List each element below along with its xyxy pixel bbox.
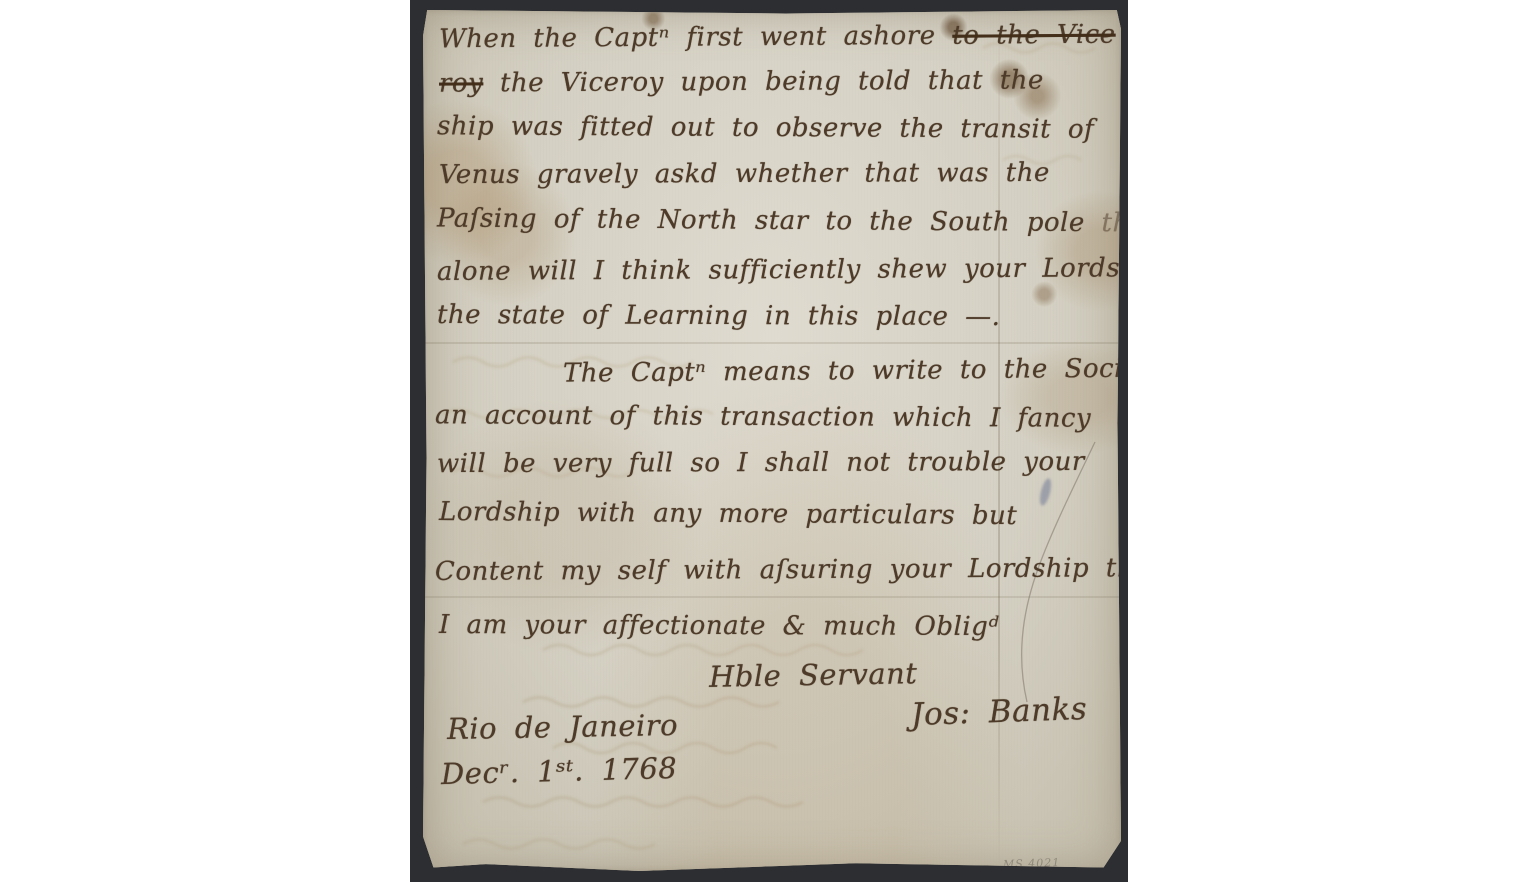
letter-line: alone will I think sufficiently shew you… xyxy=(437,253,1163,287)
line-text: ship was fitted out to observe the trans… xyxy=(437,111,1094,144)
line-text: Lordship with any more particulars but xyxy=(439,497,1017,531)
date-line: Decʳ. 1ˢᵗ. 1768 xyxy=(441,751,678,791)
line-text: Content my self with aſsuring your Lords… xyxy=(435,553,1161,587)
letter-line: will be very full so I shall not trouble… xyxy=(437,447,1085,479)
line-text: an account of this transaction which I f… xyxy=(435,400,1091,433)
line-text: Venus gravely askd whether that was the xyxy=(439,158,1050,190)
struck-text: roy xyxy=(439,68,483,98)
line-text: alone will I think sufficiently shew you… xyxy=(437,253,1163,287)
letter-page: When the Captⁿ first went ashore to the … xyxy=(423,10,1121,871)
manuscript-scan-background: When the Captⁿ first went ashore to the … xyxy=(410,0,1128,882)
place-line: Rio de Janeiro xyxy=(447,708,679,746)
letter-line: I am your affectionate & much Obligᵈ xyxy=(439,610,999,642)
letter-line: ship was fitted out to observe the trans… xyxy=(437,111,1094,144)
line-text: Rio de Janeiro xyxy=(447,708,679,746)
line-text: Jos: Banks xyxy=(910,691,1087,733)
closing-line: Hble Servant xyxy=(709,656,918,694)
letter-line: Venus gravely askd whether that was the xyxy=(439,158,1050,190)
letter-line: Content my self with aſsuring your Lords… xyxy=(435,553,1161,587)
line-text: Paſsing of the North star to the South p… xyxy=(437,204,1102,239)
page-background: When the Captⁿ first went ashore to the … xyxy=(0,0,1536,882)
letter-line: Lordship with any more particulars but xyxy=(439,497,1017,531)
letter-line: The Captⁿ means to write to the Society xyxy=(563,353,1165,388)
letter-text: When the Captⁿ first went ashore to the … xyxy=(423,10,1121,871)
line-text: this xyxy=(1101,208,1152,238)
letter-line: an account of this transaction which I f… xyxy=(435,400,1091,433)
line-text: will be very full so I shall not trouble… xyxy=(437,447,1085,479)
line-text: Hble Servant xyxy=(709,656,918,694)
letter-line: Paſsing of the North star to the South p… xyxy=(437,204,1153,239)
line-text: The Captⁿ means to write to the Society xyxy=(563,353,1165,388)
letter-line: When the Captⁿ first went ashore to the … xyxy=(439,20,1116,55)
line-text: I am your affectionate & much Obligᵈ xyxy=(439,610,999,642)
signature: Jos: Banks xyxy=(910,691,1087,733)
line-text: the state of Learning in this place —. xyxy=(437,300,1001,332)
line-text: Decʳ. 1ˢᵗ. 1768 xyxy=(441,751,678,791)
struck-text: to the Vice xyxy=(952,20,1116,51)
line-text: When the Captⁿ first went ashore xyxy=(439,21,953,55)
letter-line: roy the Viceroy upon being told that the xyxy=(439,65,1044,98)
line-text: the Viceroy upon being told that the xyxy=(483,65,1044,98)
letter-line: the state of Learning in this place —. xyxy=(437,300,1001,332)
catalog-annotation: MS 4021 xyxy=(1003,856,1061,871)
